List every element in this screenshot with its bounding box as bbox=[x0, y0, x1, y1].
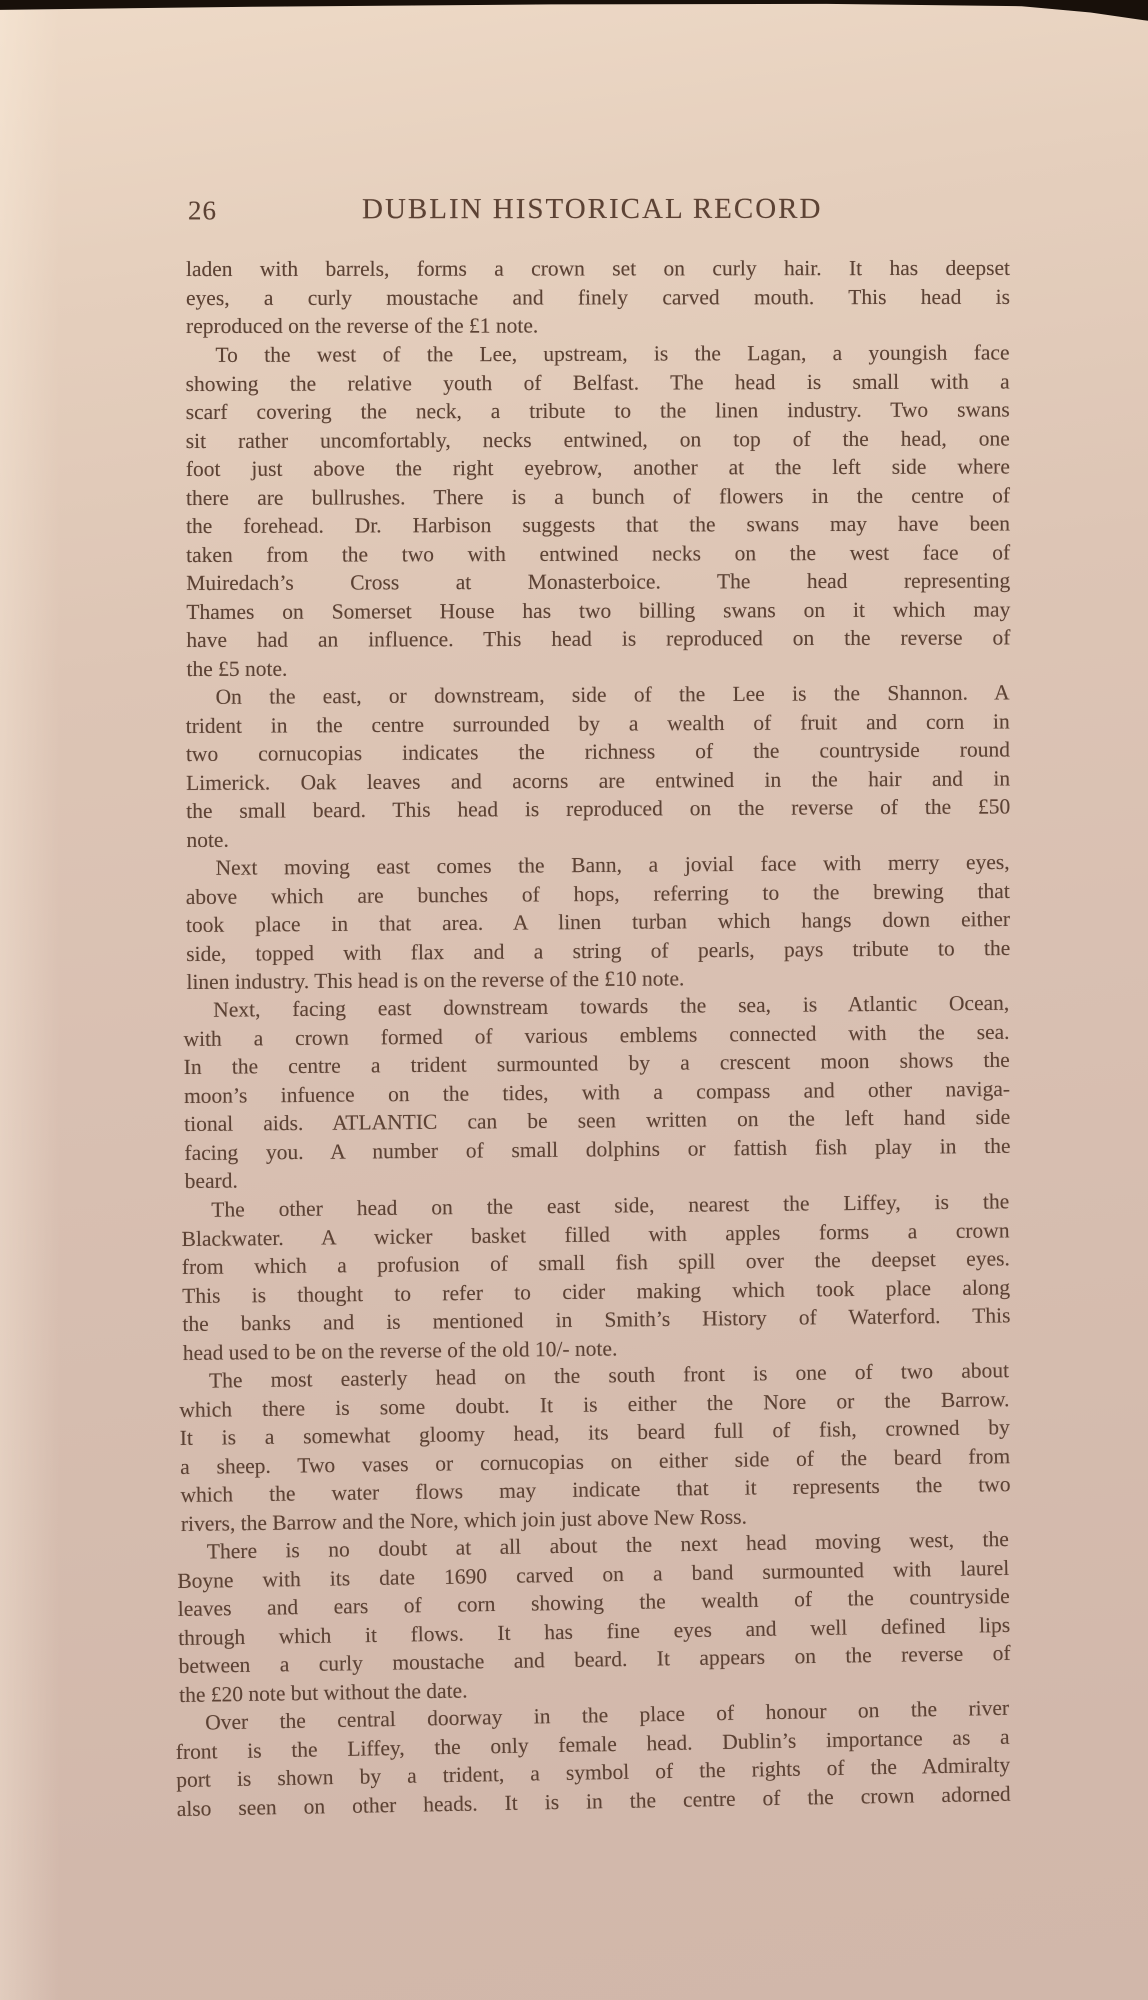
text-line: showing the relative youth of Belfast. T… bbox=[186, 366, 1010, 397]
text-line: laden with barrels, forms a crown set on… bbox=[186, 254, 1010, 284]
text-line: Next moving east comes the Bann, a jovia… bbox=[185, 847, 1009, 882]
paragraph: laden with barrels, forms a crown set on… bbox=[186, 254, 1010, 341]
paragraph: On the east, or downstream, side of the … bbox=[186, 678, 1011, 854]
text-line: the small beard. This head is reproduced… bbox=[186, 792, 1010, 825]
page-header: 26 DUBLIN HISTORICAL RECORD bbox=[186, 192, 1010, 227]
text-line: have had an influence. This head is repr… bbox=[186, 623, 1010, 654]
text-line: the forehead. Dr. Harbison suggests that… bbox=[186, 509, 1010, 540]
paragraph: There is no doubt at all about the next … bbox=[177, 1524, 1012, 1708]
text-line: Limerick. Oak leaves and acorns are entw… bbox=[186, 763, 1010, 796]
paragraph: The other head on the east side, nearest… bbox=[181, 1187, 1011, 1367]
scanned-page: 26 DUBLIN HISTORICAL RECORD laden with b… bbox=[0, 0, 1148, 2000]
page-content: 26 DUBLIN HISTORICAL RECORD laden with b… bbox=[186, 192, 1010, 1823]
text-line: reproduced on the reverse of the £1 note… bbox=[186, 311, 1010, 341]
paragraph: Next, facing east downstream towards the… bbox=[183, 989, 1011, 1196]
text-line: taken from the two with entwined necks o… bbox=[186, 537, 1010, 568]
paragraph: To the west of the Lee, upstream, is the… bbox=[185, 338, 1010, 683]
text-line: two cornucopias indicates the richness o… bbox=[186, 735, 1010, 768]
page-body: laden with barrels, forms a crown set on… bbox=[186, 255, 1010, 1823]
text-line: Muiredach’s Cross at Monasterboice. The … bbox=[186, 566, 1010, 597]
text-line: To the west of the Lee, upstream, is the… bbox=[185, 338, 1009, 369]
text-line: the £5 note. bbox=[186, 651, 1010, 682]
text-line: Thames on Somerset House has two billing… bbox=[186, 594, 1010, 625]
text-line: took place in that area. A linen turban … bbox=[186, 904, 1010, 939]
page-number: 26 bbox=[188, 195, 217, 226]
scan-dark-edge bbox=[0, 0, 1148, 26]
paragraph: Next moving east comes the Bann, a jovia… bbox=[185, 847, 1010, 996]
text-line: On the east, or downstream, side of the … bbox=[186, 678, 1010, 711]
text-line: scarf covering the neck, a tribute to th… bbox=[186, 395, 1010, 426]
text-line: eyes, a curly moustache and finely carve… bbox=[186, 282, 1010, 312]
text-line: sit rather uncomfortably, necks entwined… bbox=[186, 423, 1010, 454]
text-line: there are bullrushes. There is a bunch o… bbox=[186, 480, 1010, 511]
text-line: trident in the centre surrounded by a we… bbox=[186, 706, 1010, 739]
text-line: side, topped with flax and a string of p… bbox=[186, 933, 1010, 968]
text-line: foot just above the right eyebrow, anoth… bbox=[186, 452, 1010, 483]
paragraph: The most easterly head on the south fron… bbox=[179, 1356, 1011, 1538]
paragraph: Over the central doorway in the place of… bbox=[175, 1693, 1011, 1822]
page-title: DUBLIN HISTORICAL RECORD bbox=[362, 193, 822, 226]
